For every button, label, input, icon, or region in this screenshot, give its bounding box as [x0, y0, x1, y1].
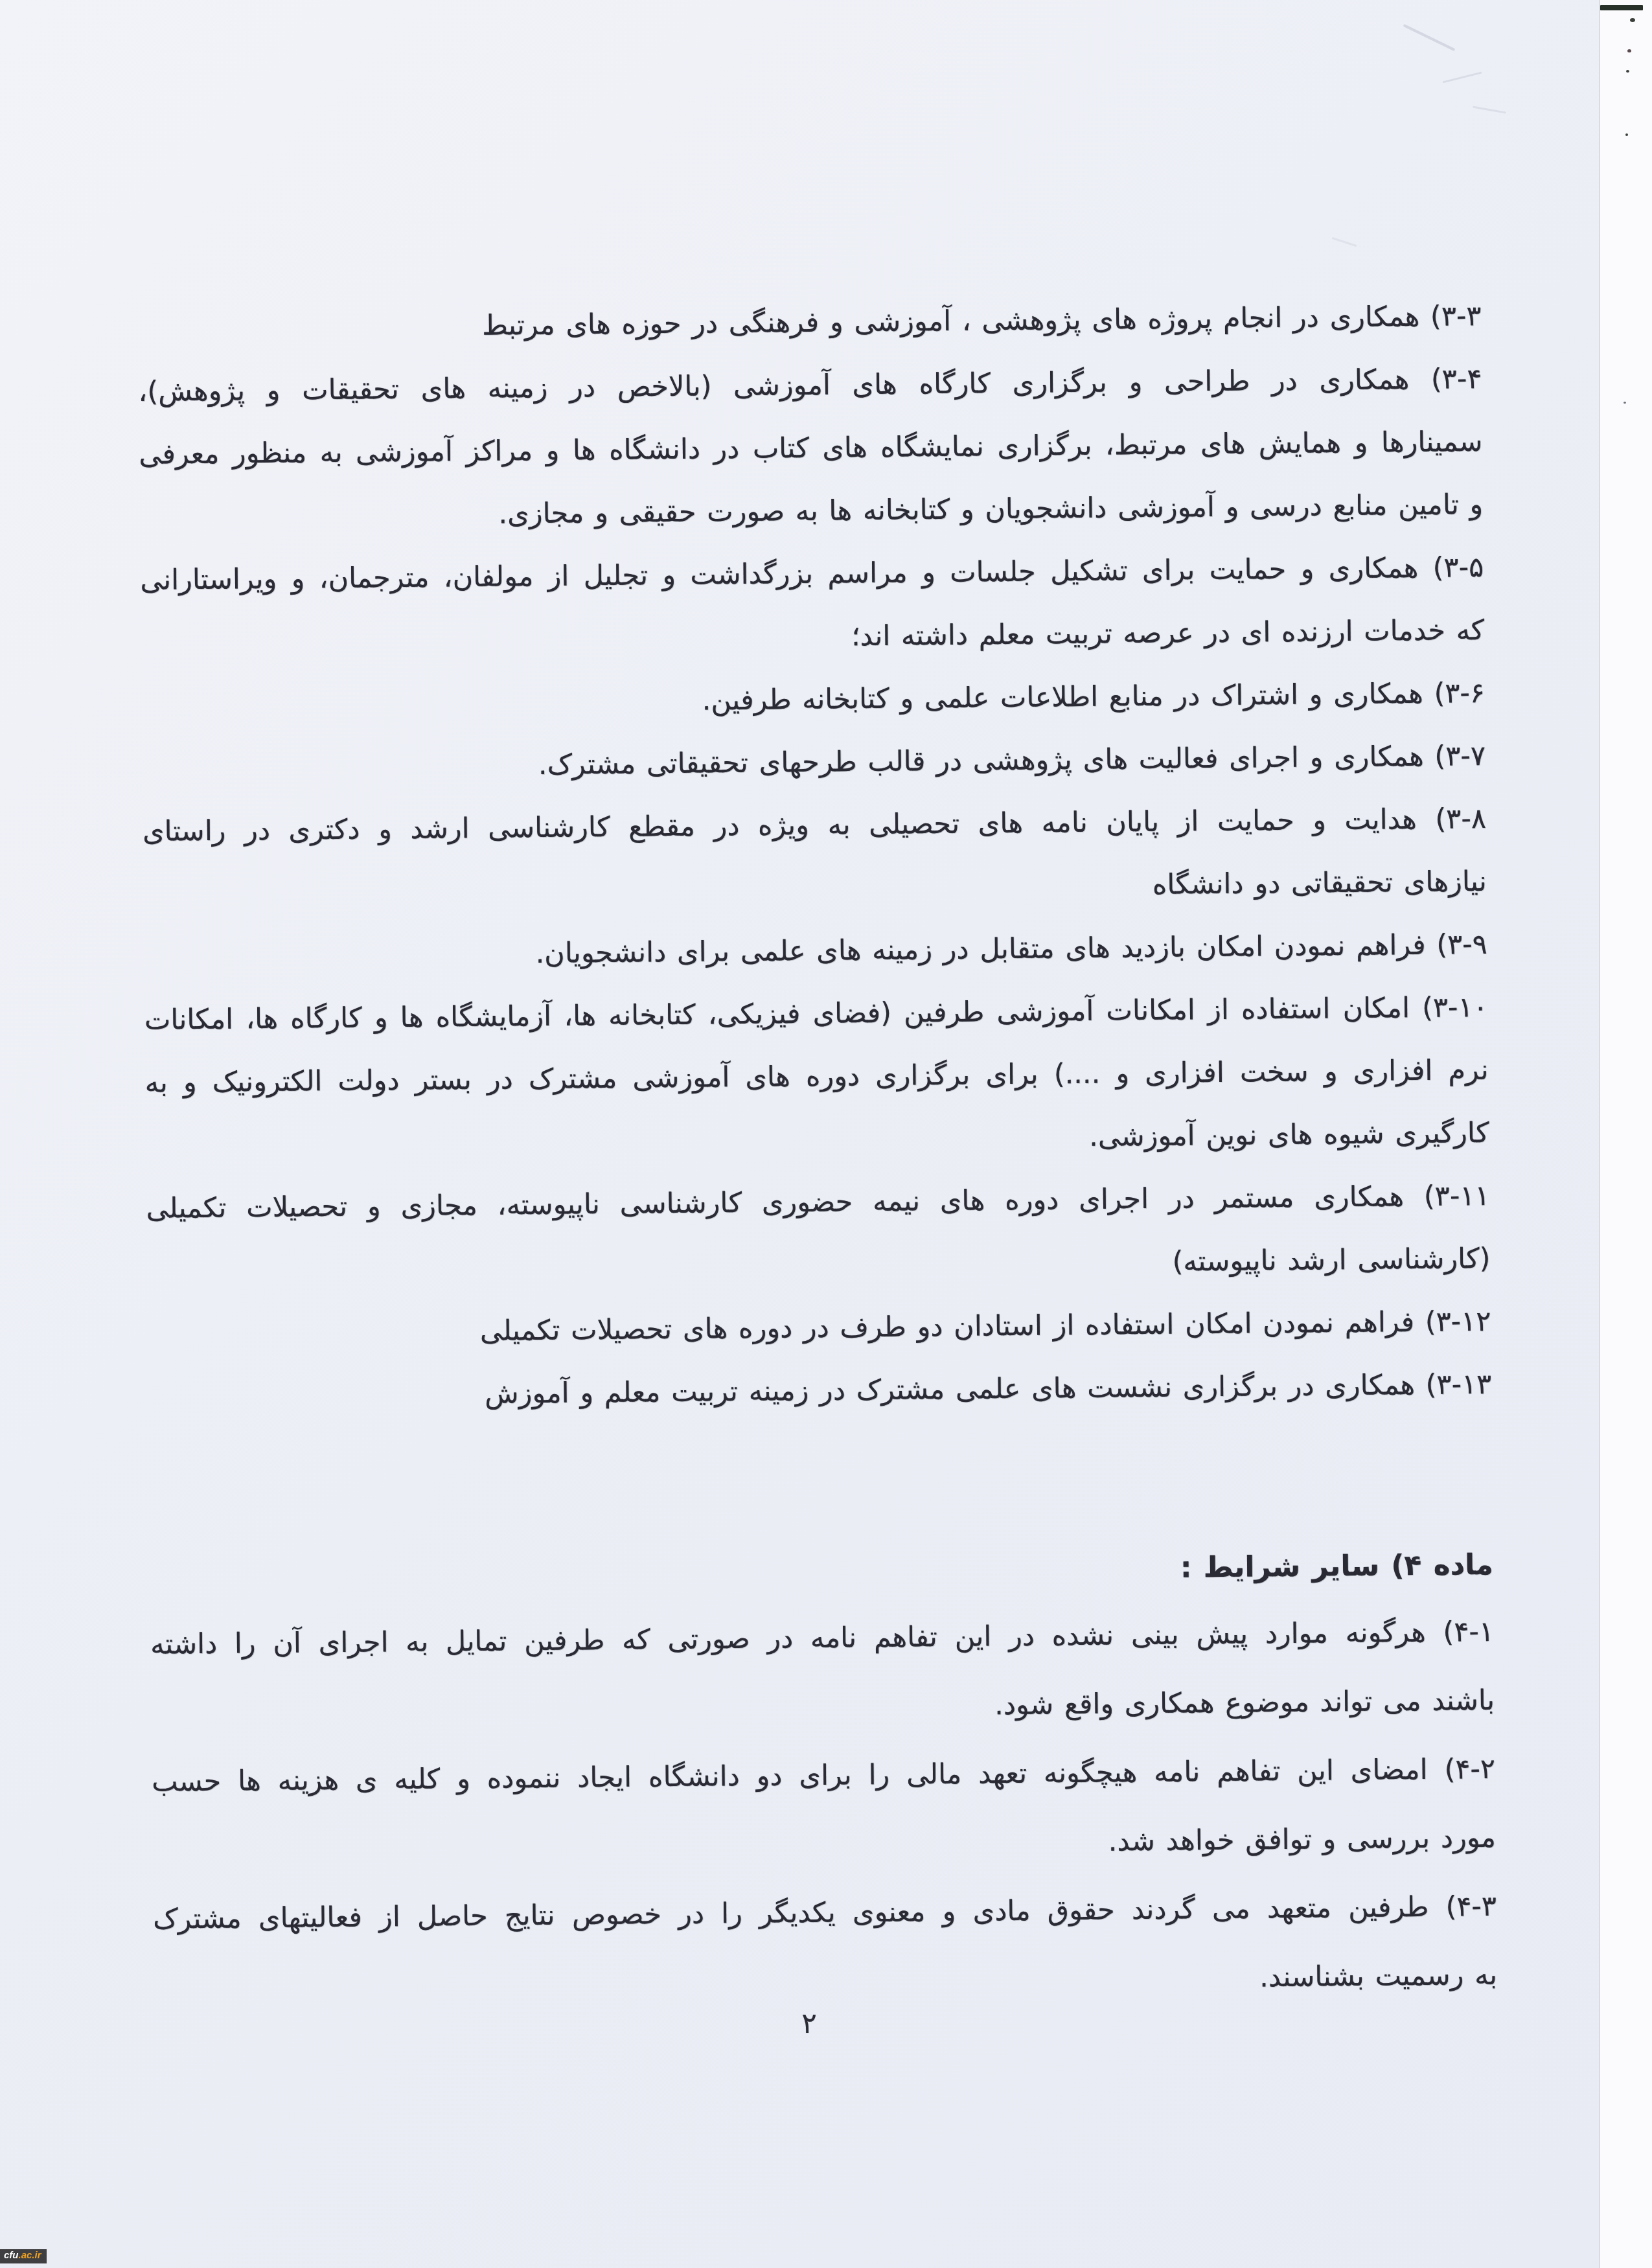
scan-speck: [1630, 18, 1635, 22]
document-text-line: ۴-۱) هرگونه موارد پیش بینی نشده در این ت…: [150, 1598, 1495, 1679]
document-text-line: باشند می تواند موضوع همکاری واقع شود.: [151, 1666, 1495, 1748]
document-text-body: ۳-۳) همکاری در انجام پروژه های پژوهشی ، …: [137, 285, 1497, 2022]
scan-speck: [1626, 70, 1629, 73]
article-4-heading: ماده ۴) سایر شرایط :: [150, 1533, 1494, 1610]
document-text-line: ۳-۱۳) همکاری در برگزاری نشست های علمی مش…: [148, 1353, 1492, 1429]
paper-crease-mark: [1403, 24, 1456, 51]
scan-edge-mark: [1600, 5, 1643, 10]
scan-speck: [1625, 133, 1628, 136]
cfu-watermark: cfu.ac.ir: [0, 2249, 47, 2263]
document-text-line: ۴-۳) طرفین متعهد می گردند حقوق مادی و مع…: [153, 1872, 1497, 1954]
watermark-suffix: .ac.ir: [19, 2250, 41, 2261]
document-text-line: مورد بررسی و توافق خواهد شد.: [152, 1804, 1497, 1885]
document-text-line: ۴-۲) امضای این تفاهم نامه هیچگونه تعهد م…: [152, 1735, 1496, 1816]
paper-crease-mark: [1332, 237, 1357, 247]
scanner-edge-strip: [1599, 0, 1652, 2268]
paper-crease-mark: [1473, 106, 1506, 114]
scan-speck: [1627, 49, 1631, 52]
scan-speck: [1623, 402, 1626, 404]
paper-crease-mark: [1443, 72, 1482, 84]
page-number: ۲: [137, 2007, 1481, 2040]
watermark-prefix: cfu: [4, 2250, 19, 2261]
scanned-document-page: ۳-۳) همکاری در انجام پروژه های پژوهشی ، …: [0, 0, 1652, 2268]
